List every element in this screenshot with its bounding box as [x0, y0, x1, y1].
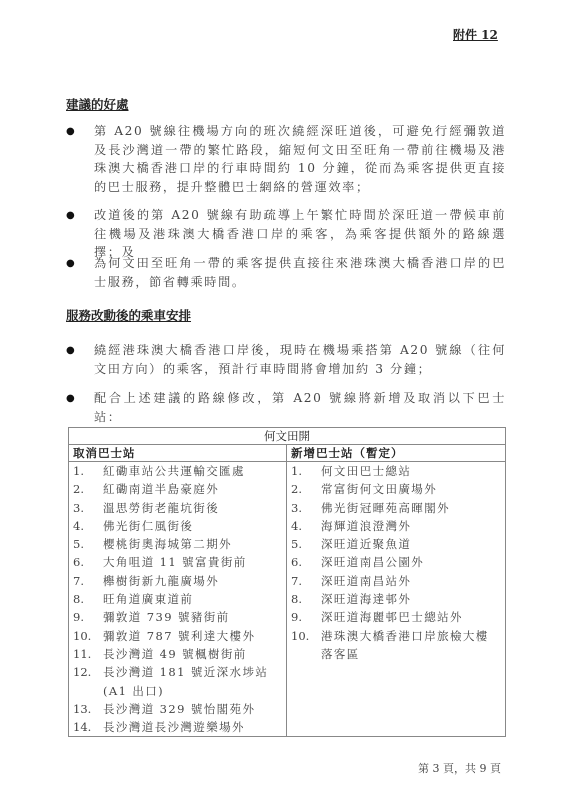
list-item: 12.長沙灣道 181 號近深水埗站 (A1 出口) — [73, 663, 282, 700]
item-number: 6. — [291, 553, 321, 571]
stop-name: 深旺道海麗邨巴士總站外 — [321, 608, 463, 626]
item-number: 2. — [291, 480, 321, 498]
list-item: 4.海輝道浪澄灣外 — [291, 517, 501, 535]
stop-name: 櫻桃街奧海城第二期外 — [103, 535, 232, 553]
list-item: 1.何文田巴士總站 — [291, 462, 501, 480]
item-number: 13. — [73, 700, 103, 718]
stop-name: 長沙灣道 181 號近深水埗站 (A1 出口) — [103, 663, 282, 700]
item-number: 8. — [291, 590, 321, 608]
item-number: 7. — [291, 572, 321, 590]
list-item: 3.溫思勞街老龍坑街後 — [73, 499, 282, 517]
added-stops-header: 新增巴士站（暫定） — [287, 445, 506, 462]
cancelled-stops-header: 取消巴士站 — [69, 445, 287, 462]
stop-name: 櫸樹街新九龍廣場外 — [103, 572, 219, 590]
stop-name: 深旺道近聚魚道 — [321, 535, 411, 553]
list-item: 9.彌敦道 739 號豬街前 — [73, 608, 282, 626]
item-number: 3. — [291, 499, 321, 517]
section-heading-benefits: 建議的好處 — [66, 95, 129, 113]
item-number: 1. — [291, 462, 321, 480]
stop-name: 深旺道海達邨外 — [321, 590, 411, 608]
table-body-row: 1.紅磡車站公共運輸交匯處2.紅磡南道半島豪庭外3.溫思勞街老龍坑街後4.佛光街… — [69, 462, 506, 737]
list-item: 10.港珠澳大橋香港口岸旅檢大樓落客區 — [291, 627, 501, 664]
list-item: 6.深旺道南昌公園外 — [291, 553, 501, 571]
list-item: 5.深旺道近聚魚道 — [291, 535, 501, 553]
added-stops-cell: 1.何文田巴士總站2.常富街何文田廣場外3.佛光街冠暉苑高暉閣外4.海輝道浪澄灣… — [287, 462, 506, 737]
stop-name: 長沙灣道長沙灣遊樂場外 — [103, 718, 245, 736]
list-item: 1.紅磡車站公共運輸交匯處 — [73, 462, 282, 480]
bullet-icon: ● — [66, 389, 94, 426]
item-number: 1. — [73, 462, 103, 480]
arrangement-bullet-1: ● 繞經港珠澳大橋香港口岸後，現時在機場乘搭第 A20 號線（往何文田方向）的乘… — [66, 341, 506, 378]
stop-name: 長沙灣道 329 號怡閣苑外 — [103, 700, 255, 718]
stop-name: 海輝道浪澄灣外 — [321, 517, 411, 535]
list-item: 5.櫻桃街奧海城第二期外 — [73, 535, 282, 553]
stop-name: 佛光街冠暉苑高暉閣外 — [321, 499, 450, 517]
bullet-text: 為何文田至旺角一帶的乘客提供直接往來港珠澳大橋香港口岸的巴士服務，節省轉乘時間。 — [94, 254, 506, 291]
list-item: 6.大角咀道 11 號富貴街前 — [73, 553, 282, 571]
benefit-bullet-3: ● 為何文田至旺角一帶的乘客提供直接往來港珠澳大橋香港口岸的巴士服務，節省轉乘時… — [66, 254, 506, 291]
list-item: 9.深旺道海麗邨巴士總站外 — [291, 608, 501, 626]
list-item: 7.櫸樹街新九龍廣場外 — [73, 572, 282, 590]
item-number: 5. — [73, 535, 103, 553]
bullet-icon: ● — [66, 254, 94, 291]
item-number: 9. — [73, 608, 103, 626]
arrangement-bullet-2: ● 配合上述建議的路線修改，第 A20 號線將新增及取消以下巴士站： — [66, 389, 506, 426]
table-header-row: 取消巴士站 新增巴士站（暫定） — [69, 445, 506, 462]
list-item: 14.長沙灣道長沙灣遊樂場外 — [73, 718, 282, 736]
list-item: 2.紅磡南道半島豪庭外 — [73, 480, 282, 498]
item-number: 5. — [291, 535, 321, 553]
item-number: 9. — [291, 608, 321, 626]
item-number: 11. — [73, 645, 103, 663]
item-number: 10. — [73, 627, 103, 645]
annex-label: 附件 12 — [453, 26, 498, 43]
item-number: 2. — [73, 480, 103, 498]
stop-name: 彌敦道 787 號利達大樓外 — [103, 627, 255, 645]
list-item: 8.深旺道海達邨外 — [291, 590, 501, 608]
list-item: 4.佛光街仁風街後 — [73, 517, 282, 535]
list-item: 3.佛光街冠暉苑高暉閣外 — [291, 499, 501, 517]
stop-name: 大角咀道 11 號富貴街前 — [103, 553, 247, 571]
item-number: 12. — [73, 663, 103, 700]
bus-stop-table: 何文田開 取消巴士站 新增巴士站（暫定） 1.紅磡車站公共運輸交匯處2.紅磡南道… — [68, 427, 506, 737]
cancelled-stops-list: 1.紅磡車站公共運輸交匯處2.紅磡南道半島豪庭外3.溫思勞街老龍坑街後4.佛光街… — [73, 462, 282, 736]
stop-name: 何文田巴士總站 — [321, 462, 411, 480]
bullet-text: 配合上述建議的路線修改，第 A20 號線將新增及取消以下巴士站： — [94, 389, 506, 426]
bullet-text: 繞經港珠澳大橋香港口岸後，現時在機場乘搭第 A20 號線（往何文田方向）的乘客，… — [94, 341, 506, 378]
item-number: 14. — [73, 718, 103, 736]
list-item: 11.長沙灣道 49 號楓樹街前 — [73, 645, 282, 663]
list-item: 13.長沙灣道 329 號怡閣苑外 — [73, 700, 282, 718]
benefit-bullet-1: ● 第 A20 號線往機場方向的班次繞經深旺道後，可避免行經彌敦道及長沙灣道一帶… — [66, 122, 506, 196]
added-stops-list: 1.何文田巴士總站2.常富街何文田廣場外3.佛光街冠暉苑高暉閣外4.海輝道浪澄灣… — [291, 462, 501, 663]
table-title-row: 何文田開 — [69, 428, 506, 445]
section-heading-arrangements: 服務改動後的乘車安排 — [66, 306, 191, 324]
bullet-icon: ● — [66, 341, 94, 378]
stop-name: 彌敦道 739 號豬街前 — [103, 608, 230, 626]
cancelled-stops-cell: 1.紅磡車站公共運輸交匯處2.紅磡南道半島豪庭外3.溫思勞街老龍坑街後4.佛光街… — [69, 462, 287, 737]
table-title: 何文田開 — [69, 428, 506, 445]
stop-name: 常富街何文田廣場外 — [321, 480, 437, 498]
list-item: 8.旺角道廣東道前 — [73, 590, 282, 608]
stop-name: 港珠澳大橋香港口岸旅檢大樓落客區 — [321, 627, 501, 664]
stop-name: 溫思勞街老龍坑街後 — [103, 499, 219, 517]
list-item: 7.深旺道南昌站外 — [291, 572, 501, 590]
stop-name: 紅磡車站公共運輸交匯處 — [103, 462, 245, 480]
stop-name: 佛光街仁風街後 — [103, 517, 193, 535]
stop-name: 紅磡南道半島豪庭外 — [103, 480, 219, 498]
bullet-text: 第 A20 號線往機場方向的班次繞經深旺道後，可避免行經彌敦道及長沙灣道一帶的繁… — [94, 122, 506, 196]
list-item: 10.彌敦道 787 號利達大樓外 — [73, 627, 282, 645]
item-number: 10. — [291, 627, 321, 664]
stop-name: 長沙灣道 49 號楓樹街前 — [103, 645, 247, 663]
page-number: 第 3 頁，共 9 頁 — [418, 760, 501, 776]
item-number: 4. — [73, 517, 103, 535]
item-number: 3. — [73, 499, 103, 517]
bullet-icon: ● — [66, 122, 94, 196]
stop-name: 深旺道南昌公園外 — [321, 553, 424, 571]
stop-name: 旺角道廣東道前 — [103, 590, 193, 608]
item-number: 8. — [73, 590, 103, 608]
item-number: 4. — [291, 517, 321, 535]
stop-name: 深旺道南昌站外 — [321, 572, 411, 590]
list-item: 2.常富街何文田廣場外 — [291, 480, 501, 498]
item-number: 7. — [73, 572, 103, 590]
item-number: 6. — [73, 553, 103, 571]
